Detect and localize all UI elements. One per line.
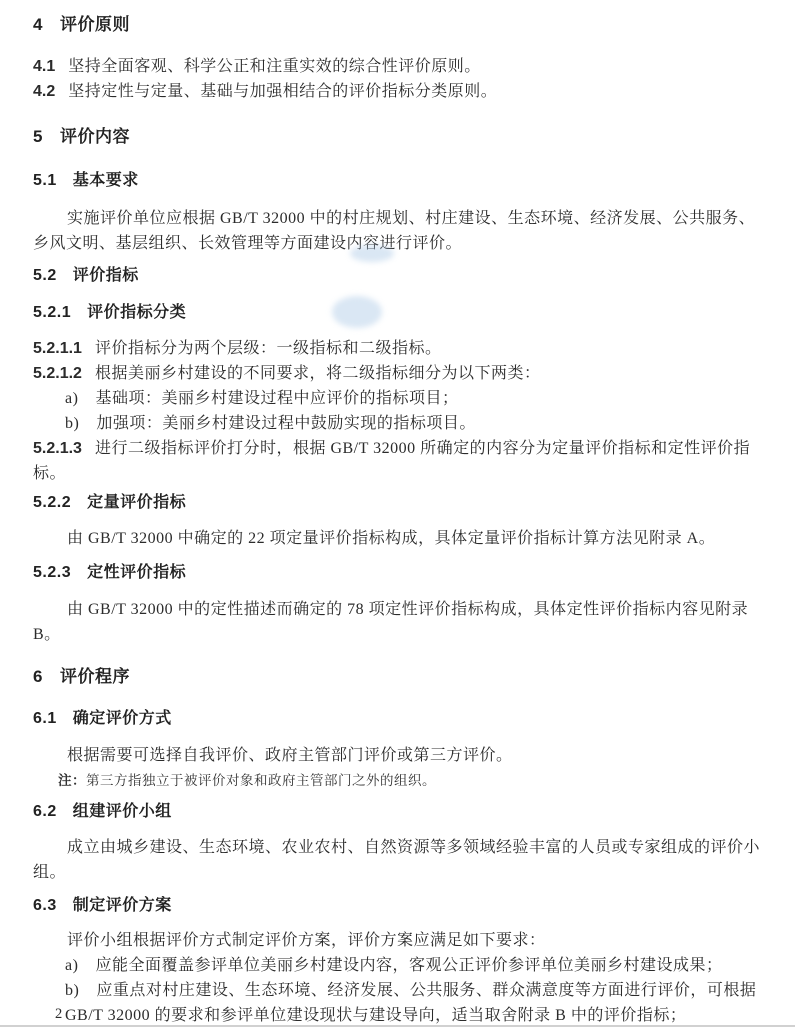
clause-text: 进行二级指标评价打分时，根据 GB/T 32000 所确定的内容分为定量评价指标… xyxy=(33,440,750,482)
list-marker: b) xyxy=(65,415,79,432)
list-marker: a) xyxy=(65,957,78,974)
section-title: 评价原则 xyxy=(60,15,130,34)
list-text: 基础项：美丽乡村建设过程中应评价的指标项目； xyxy=(95,390,458,407)
clause-number: 5.2.1.1 xyxy=(33,340,82,357)
clause-text: 根据美丽乡村建设的不同要求，将二级指标细分为以下两类： xyxy=(95,365,541,382)
section-title: 评价指标分类 xyxy=(87,304,186,321)
page-number: 2 xyxy=(55,1002,62,1027)
paragraph: 实施评价单位应根据 GB/T 32000 中的村庄规划、村庄建设、生态环境、经济… xyxy=(33,206,762,256)
paragraph: 评价小组根据评价方式制定评价方案，评价方案应满足如下要求： xyxy=(33,928,762,953)
note-label: 注： xyxy=(58,773,86,788)
section-number: 5.2.1 xyxy=(33,304,71,321)
clause-text: 评价指标分为两个层级：一级指标和二级指标。 xyxy=(95,340,442,357)
section-title: 组建评价小组 xyxy=(73,803,172,820)
note: 注：第三方指独立于被评价对象和政府主管部门之外的组织。 xyxy=(58,770,762,792)
document-page: 4评价原则 4.1坚持全面客观、科学公正和注重实效的综合性评价原则。 4.2坚持… xyxy=(0,0,795,1027)
heading-6-2: 6.2组建评价小组 xyxy=(33,799,762,824)
clause-text: 坚持定性与定量、基础与加强相结合的评价指标分类原则。 xyxy=(68,83,497,100)
heading-6-1: 6.1确定评价方式 xyxy=(33,706,762,731)
section-title: 基本要求 xyxy=(73,172,139,189)
section-number: 6.1 xyxy=(33,710,57,727)
list-marker: b) xyxy=(65,982,79,999)
clause-number: 5.2.1.3 xyxy=(33,440,82,457)
paragraph: 根据需要可选择自我评价、政府主管部门评价或第三方评价。 xyxy=(33,743,762,768)
heading-5-2: 5.2评价指标 xyxy=(33,263,762,288)
paragraph: 成立由城乡建设、生态环境、农业农村、自然资源等多领域经验丰富的人员或专家组成的评… xyxy=(33,835,762,885)
chapter-heading-4: 4评价原则 xyxy=(33,12,762,37)
clause-text: 坚持全面客观、科学公正和注重实效的综合性评价原则。 xyxy=(68,58,481,75)
section-number: 6.3 xyxy=(33,897,57,914)
paragraph: 由 GB/T 32000 中确定的 22 项定量评价指标构成，具体定量评价指标计… xyxy=(33,526,762,551)
section-number: 6.2 xyxy=(33,803,57,820)
note-text: 第三方指独立于被评价对象和政府主管部门之外的组织。 xyxy=(86,773,436,788)
clause-number: 4.1 xyxy=(33,58,55,75)
list-text: 应重点对村庄建设、生态环境、经济发展、公共服务、群众满意度等方面进行评价，可根据… xyxy=(65,982,756,1024)
list-text: 应能全面覆盖参评单位美丽乡村建设内容，客观公正评价参评单位美丽乡村建设成果； xyxy=(95,957,722,974)
clause-5-2-1-2: 5.2.1.2根据美丽乡村建设的不同要求，将二级指标细分为以下两类： xyxy=(33,361,762,386)
section-title: 评价程序 xyxy=(60,667,130,686)
list-marker: a) xyxy=(65,390,78,407)
section-number: 5 xyxy=(33,127,43,146)
list-item-a: a)应能全面覆盖参评单位美丽乡村建设内容，客观公正评价参评单位美丽乡村建设成果； xyxy=(33,953,762,978)
section-title: 定性评价指标 xyxy=(87,564,186,581)
section-number: 5.1 xyxy=(33,172,57,189)
section-title: 确定评价方式 xyxy=(73,710,172,727)
section-title: 评价指标 xyxy=(73,267,139,284)
section-number: 5.2.2 xyxy=(33,494,71,511)
chapter-heading-5: 5评价内容 xyxy=(33,124,762,149)
section-number: 6 xyxy=(33,667,43,686)
section-number: 5.2.3 xyxy=(33,564,71,581)
section-number: 4 xyxy=(33,15,43,34)
clause-number: 4.2 xyxy=(33,83,55,100)
heading-5-1: 5.1基本要求 xyxy=(33,168,762,193)
clause-number: 5.2.1.2 xyxy=(33,365,82,382)
list-text: 加强项：美丽乡村建设过程中鼓励实现的指标项目。 xyxy=(96,415,476,432)
clause-4-2: 4.2坚持定性与定量、基础与加强相结合的评价指标分类原则。 xyxy=(33,79,762,104)
list-item-b: b)加强项：美丽乡村建设过程中鼓励实现的指标项目。 xyxy=(33,411,762,436)
heading-6-3: 6.3制定评价方案 xyxy=(33,893,762,918)
heading-5-2-2: 5.2.2定量评价指标 xyxy=(33,490,762,515)
paragraph: 由 GB/T 32000 中的定性描述而确定的 78 项定性评价指标构成，具体定… xyxy=(33,597,762,647)
list-item-b: b)应重点对村庄建设、生态环境、经济发展、公共服务、群众满意度等方面进行评价，可… xyxy=(33,978,762,1027)
section-number: 5.2 xyxy=(33,267,57,284)
clause-5-2-1-3: 5.2.1.3进行二级指标评价打分时，根据 GB/T 32000 所确定的内容分… xyxy=(33,436,762,486)
section-title: 评价内容 xyxy=(60,127,130,146)
clause-5-2-1-1: 5.2.1.1评价指标分为两个层级：一级指标和二级指标。 xyxy=(33,336,762,361)
heading-5-2-1: 5.2.1评价指标分类 xyxy=(33,300,762,325)
heading-5-2-3: 5.2.3定性评价指标 xyxy=(33,560,762,585)
chapter-heading-6: 6评价程序 xyxy=(33,664,762,689)
section-title: 制定评价方案 xyxy=(73,897,172,914)
list-item-a: a)基础项：美丽乡村建设过程中应评价的指标项目； xyxy=(33,386,762,411)
clause-4-1: 4.1坚持全面客观、科学公正和注重实效的综合性评价原则。 xyxy=(33,54,762,79)
section-title: 定量评价指标 xyxy=(87,494,186,511)
